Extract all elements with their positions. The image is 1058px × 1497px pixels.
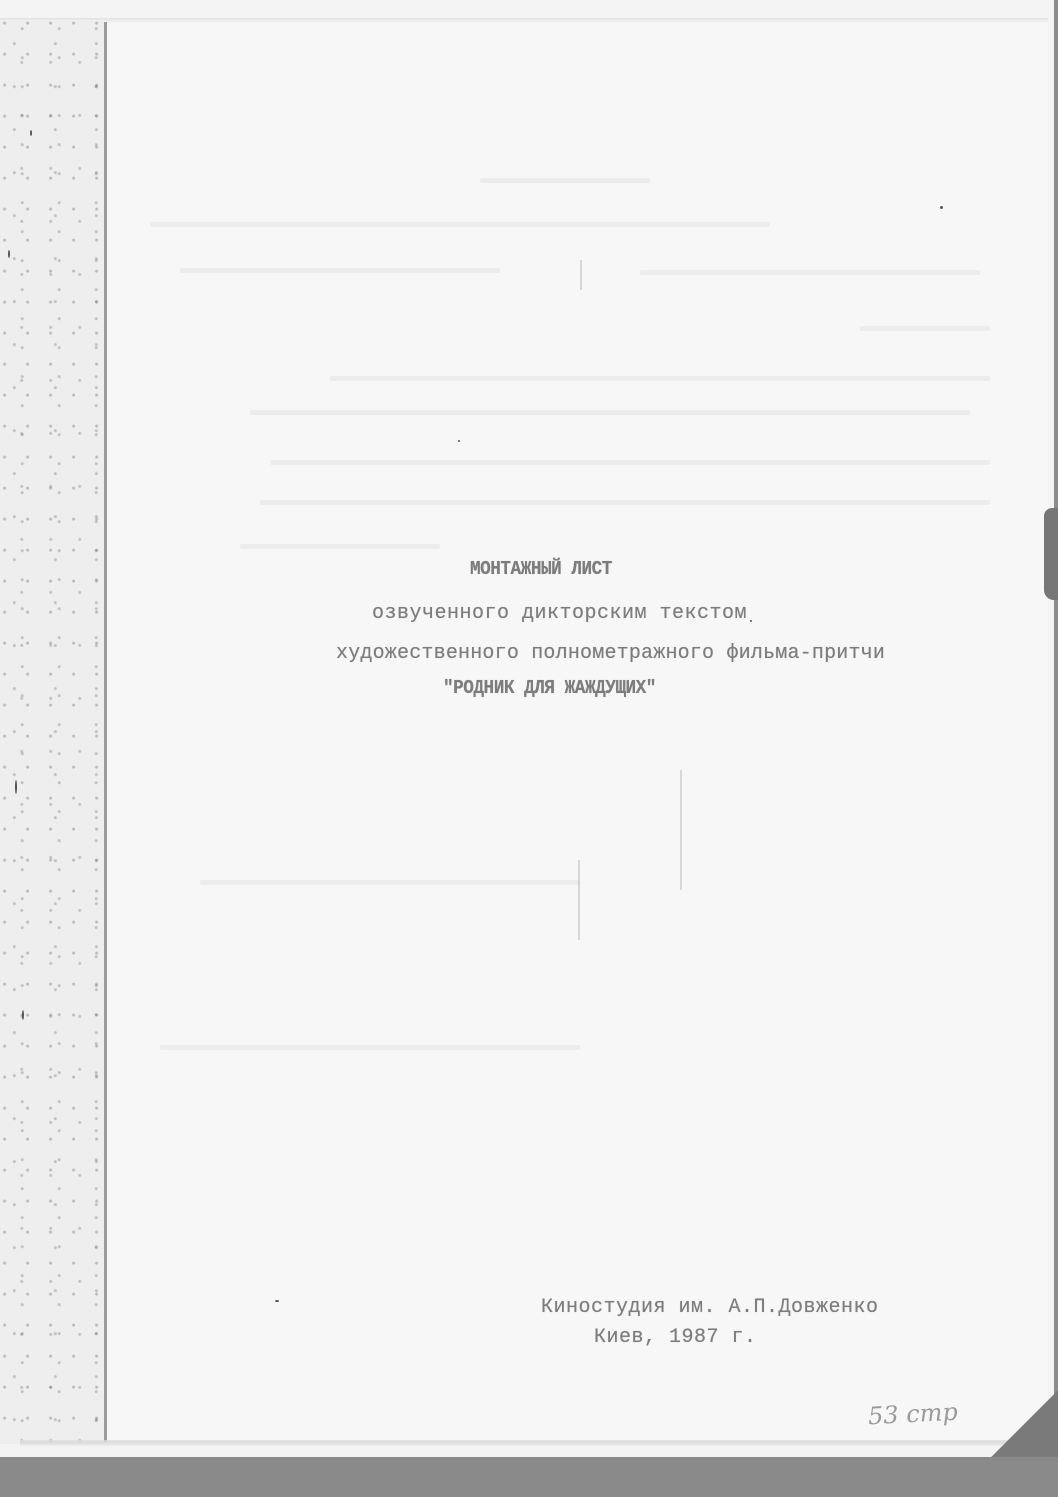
scan-bottom-border	[0, 1457, 1058, 1497]
page-fold	[20, 1440, 1040, 1446]
binding-strip	[0, 20, 104, 1444]
scan-right-border	[1054, 0, 1058, 1497]
place-and-year: Киев, 1987 г.	[594, 1326, 757, 1349]
document-subtitle-line-2: художественного полнометражного фильма-п…	[336, 642, 885, 665]
page-corner-shadow	[988, 1377, 1058, 1457]
document-title: МОНТАЖНЫЙ ЛИСТ	[470, 558, 612, 580]
document-subtitle-line-1: озвученного дикторским текстом	[372, 602, 747, 625]
page-tab-edge	[1044, 508, 1058, 600]
studio-name: Киностудия им. А.П.Довженко	[541, 1296, 879, 1319]
document-page	[0, 20, 1048, 1444]
page-top-edge	[0, 18, 1048, 23]
handwritten-page-count: 53 стр	[867, 1398, 958, 1431]
binding-margin-line	[104, 22, 107, 1442]
film-title: "РОДНИК ДЛЯ ЖАЖДУЩИХ"	[443, 677, 656, 699]
